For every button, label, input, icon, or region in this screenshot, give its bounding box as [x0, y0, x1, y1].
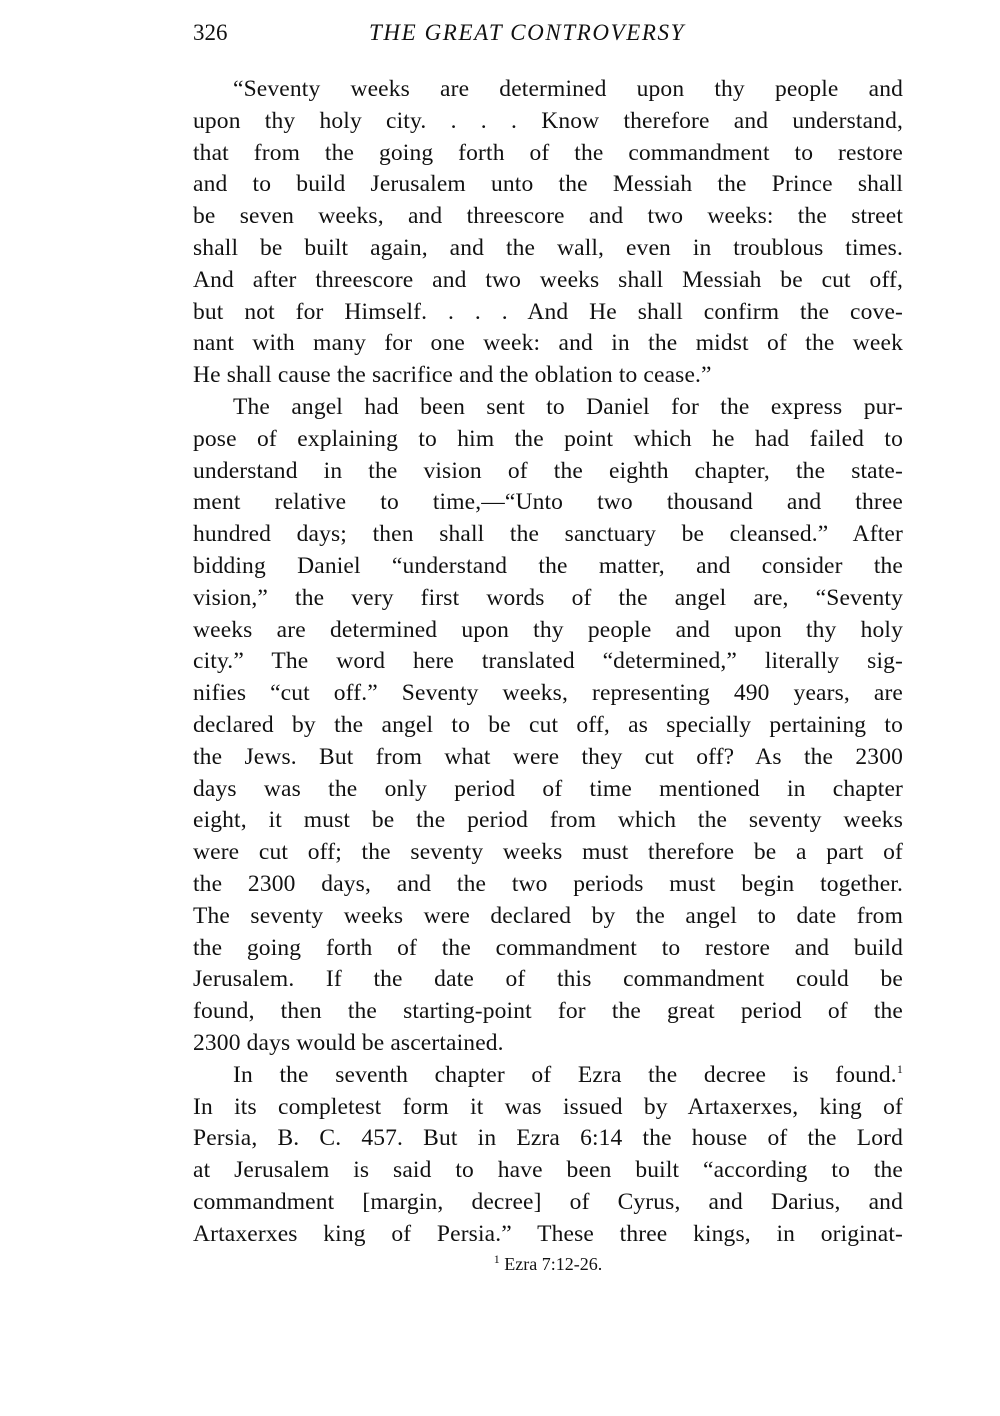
text-line: understand in the vision of the eighth c… [193, 456, 903, 488]
text-line: bidding Daniel “understand the matter, a… [193, 551, 903, 583]
text-line: Persia, B. C. 457. But in Ezra 6:14 the … [193, 1123, 903, 1155]
text-line: “Seventy weeks are determined upon thy p… [193, 74, 903, 106]
text-line: pose of explaining to him the point whic… [193, 424, 903, 456]
text-line: city.” The word here translated “determi… [193, 646, 903, 678]
text-line: but not for Himself. . . . And He shall … [193, 297, 903, 329]
text-line: ment relative to time,—“Unto two thousan… [193, 487, 903, 519]
footnote-marker: 1 [494, 1252, 500, 1266]
text-line: Jerusalem. If the date of this commandme… [193, 964, 903, 996]
text-line: be seven weeks, and threescore and two w… [193, 201, 903, 233]
text-line: nifies “cut off.” Seventy weeks, represe… [193, 678, 903, 710]
text-line: shall be built again, and the wall, even… [193, 233, 903, 265]
paragraph-ezra-decree: In the seventh chapter of Ezra the decre… [193, 1060, 903, 1251]
text-line: In its completest form it was issued by … [193, 1092, 903, 1124]
text-line: He shall cause the sacrifice and the obl… [193, 360, 903, 392]
page-number: 326 [193, 20, 228, 46]
text-line: vision,” the very first words of the ang… [193, 583, 903, 615]
text-line: The seventy weeks were declared by the a… [193, 901, 903, 933]
text-line: The angel had been sent to Daniel for th… [193, 392, 903, 424]
text-line: the going forth of the commandment to re… [193, 933, 903, 965]
body-text: “Seventy weeks are determined upon thy p… [193, 74, 903, 1250]
paragraph-quotation: “Seventy weeks are determined upon thy p… [193, 74, 903, 392]
text-line: hundred days; then shall the sanctuary b… [193, 519, 903, 551]
footnote: 1 Ezra 7:12-26. [193, 1254, 903, 1275]
running-head: 326 THE GREAT CONTROVERSY [193, 20, 903, 52]
text-line: Artaxerxes king of Persia.” These three … [193, 1219, 903, 1251]
text-line: And after threescore and two weeks shall… [193, 265, 903, 297]
text-line: days was the only period of time mention… [193, 774, 903, 806]
text-line: weeks are determined upon thy people and… [193, 615, 903, 647]
text-line: eight, it must be the period from which … [193, 805, 903, 837]
text-line: commandment [margin, decree] of Cyrus, a… [193, 1187, 903, 1219]
text-line: were cut off; the seventy weeks must the… [193, 837, 903, 869]
book-title: THE GREAT CONTROVERSY [369, 20, 685, 46]
text-line: 2300 days would be ascertained. [193, 1028, 903, 1060]
footnote-text: Ezra 7:12-26. [504, 1254, 602, 1274]
text-line-content: In the seventh chapter of Ezra the decre… [233, 1062, 897, 1088]
paragraph-angel-explanation: The angel had been sent to Daniel for th… [193, 392, 903, 1060]
text-line: nant with many for one week: and in the … [193, 328, 903, 360]
book-page: 326 THE GREAT CONTROVERSY “Seventy weeks… [0, 0, 1000, 1416]
footnote-reference: 1 [897, 1062, 903, 1076]
text-line: the Jews. But from what were they cut of… [193, 742, 903, 774]
text-line: the 2300 days, and the two periods must … [193, 869, 903, 901]
text-line: and to build Jerusalem unto the Messiah … [193, 169, 903, 201]
text-line: upon thy holy city. . . . Know therefore… [193, 106, 903, 138]
text-line: declared by the angel to be cut off, as … [193, 710, 903, 742]
text-line: at Jerusalem is said to have been built … [193, 1155, 903, 1187]
text-line: found, then the starting-point for the g… [193, 996, 903, 1028]
text-line-with-footnote: In the seventh chapter of Ezra the decre… [193, 1060, 903, 1092]
text-line: that from the going forth of the command… [193, 138, 903, 170]
